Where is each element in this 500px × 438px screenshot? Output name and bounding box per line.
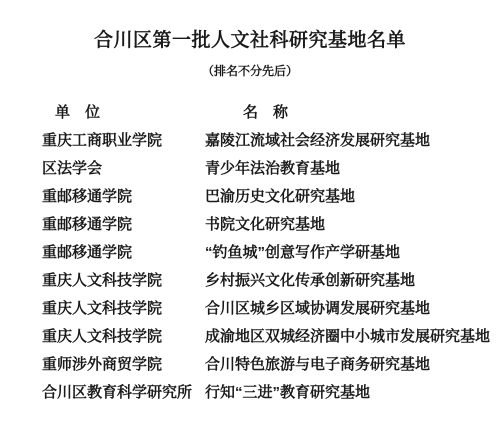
column-header-unit: 单 位 (42, 101, 205, 122)
table-row: 重庆人文科技学院成渝地区双城经济圈中小城市发展研究基地 (0, 321, 500, 349)
name-cell: 巴渝历史文化研究基地 (205, 185, 500, 206)
name-cell: “钓鱼城”创意写作产学研基地 (205, 241, 500, 262)
column-header-name: 名 称 (205, 101, 500, 122)
research-base-table: 单 位 名 称 重庆工商职业学院嘉陵江流域社会经济发展研究基地区法学会青少年法治… (0, 97, 500, 405)
name-cell: 青少年法治教育基地 (205, 157, 500, 178)
table-row: 重邮移通学院“钓鱼城”创意写作产学研基地 (0, 237, 500, 265)
table-body: 重庆工商职业学院嘉陵江流域社会经济发展研究基地区法学会青少年法治教育基地重邮移通… (0, 125, 500, 405)
document-page: 合川区第一批人文社科研究基地名单 （排名不分先后） 单 位 名 称 重庆工商职业… (0, 0, 500, 438)
table-header-row: 单 位 名 称 (0, 97, 500, 125)
table-row: 重邮移通学院书院文化研究基地 (0, 209, 500, 237)
table-row: 重庆人文科技学院合川区城乡区域协调发展研究基地 (0, 293, 500, 321)
unit-cell: 重庆人文科技学院 (42, 325, 205, 346)
table-row: 合川区教育科学研究所行知“三进”教育研究基地 (0, 377, 500, 405)
name-cell: 书院文化研究基地 (205, 213, 500, 234)
table-row: 区法学会青少年法治教育基地 (0, 153, 500, 181)
table-row: 重庆人文科技学院乡村振兴文化传承创新研究基地 (0, 265, 500, 293)
name-cell: 嘉陵江流域社会经济发展研究基地 (205, 129, 500, 150)
name-cell: 合川区城乡区域协调发展研究基地 (205, 297, 500, 318)
unit-cell: 重师涉外商贸学院 (42, 353, 205, 374)
unit-cell: 重邮移通学院 (42, 213, 205, 234)
unit-cell: 重邮移通学院 (42, 185, 205, 206)
name-cell: 成渝地区双城经济圈中小城市发展研究基地 (205, 325, 500, 346)
name-cell: 合川特色旅游与电子商务研究基地 (205, 353, 500, 374)
unit-cell: 重庆人文科技学院 (42, 297, 205, 318)
table-row: 重邮移通学院巴渝历史文化研究基地 (0, 181, 500, 209)
unit-cell: 重庆人文科技学院 (42, 269, 205, 290)
table-row: 重师涉外商贸学院合川特色旅游与电子商务研究基地 (0, 349, 500, 377)
unit-cell: 合川区教育科学研究所 (42, 381, 205, 402)
table-row: 重庆工商职业学院嘉陵江流域社会经济发展研究基地 (0, 125, 500, 153)
unit-cell: 区法学会 (42, 157, 205, 178)
page-subtitle: （排名不分先后） (0, 64, 500, 78)
page-title: 合川区第一批人文社科研究基地名单 (0, 0, 500, 51)
unit-cell: 重庆工商职业学院 (42, 129, 205, 150)
name-cell: 行知“三进”教育研究基地 (205, 381, 500, 402)
name-cell: 乡村振兴文化传承创新研究基地 (205, 269, 500, 290)
unit-cell: 重邮移通学院 (42, 241, 205, 262)
